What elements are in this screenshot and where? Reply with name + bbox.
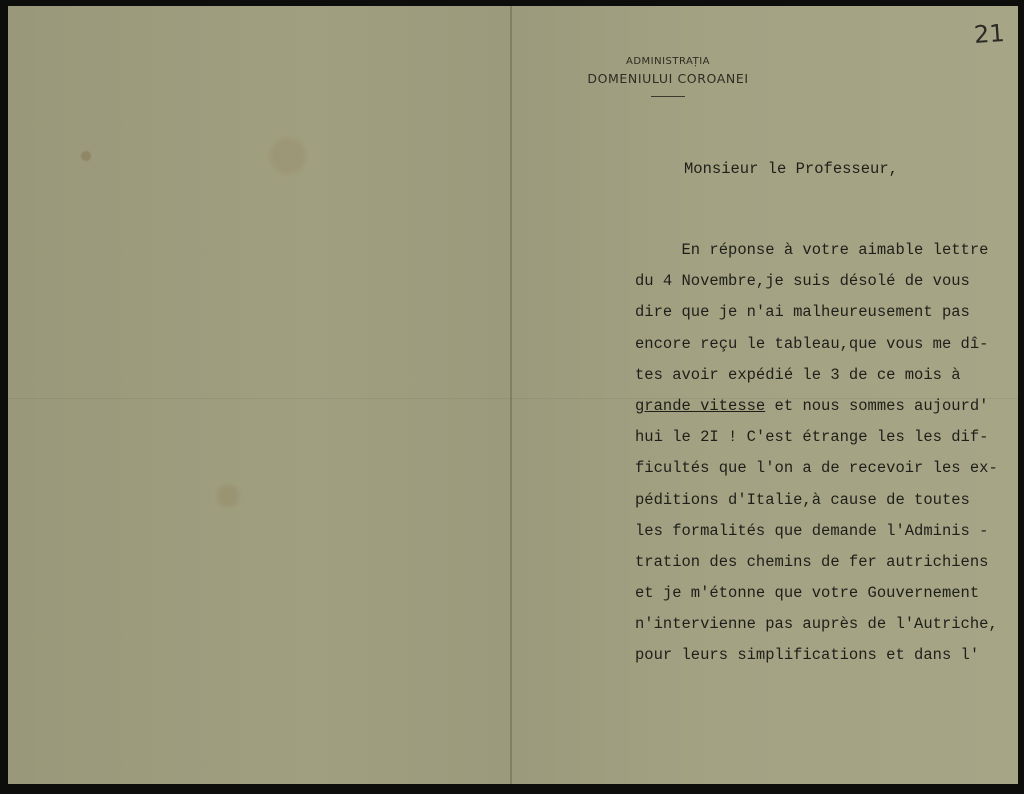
- body-line: grande vitesse et nous sommes aujourd': [635, 395, 1015, 426]
- body-line: et je m'étonne que votre Gouvernement: [635, 582, 1015, 613]
- body-line: tration des chemins de fer autrichiens: [635, 551, 1015, 582]
- letterhead-line-1: ADMINISTRAȚIA: [548, 56, 788, 67]
- body-line: dire que je n'ai malheureusement pas: [635, 301, 1015, 332]
- body-line-rest: et nous sommes aujourd': [765, 397, 988, 415]
- underlined-phrase: grande vitesse: [635, 397, 765, 415]
- body-line: ficultés que l'on a de recevoir les ex-: [635, 457, 1015, 488]
- body-line: En réponse à votre aimable lettre: [635, 239, 1015, 270]
- body-line: n'intervienne pas auprès de l'Autriche,: [635, 613, 1015, 644]
- body-line: péditions d'Italie,à cause de toutes: [635, 489, 1015, 520]
- center-fold: [510, 6, 512, 784]
- body-line: hui le 2I ! C'est étrange les les dif-: [635, 426, 1015, 457]
- salutation: Monsieur le Professeur,: [684, 160, 898, 178]
- letterhead: ADMINISTRAȚIA DOMENIULUI COROANEI: [548, 56, 788, 97]
- body-line: tes avoir expédié le 3 de ce mois à: [635, 364, 1015, 395]
- page-number: 21: [973, 19, 1005, 49]
- body-line: les formalités que demande l'Adminis -: [635, 520, 1015, 551]
- body-line: du 4 Novembre,je suis désolé de vous: [635, 270, 1015, 301]
- letter-body: En réponse à votre aimable lettre du 4 N…: [635, 239, 1015, 676]
- letterhead-line-2: DOMENIULUI COROANEI: [548, 71, 788, 86]
- body-line: pour leurs simplifications et dans l': [635, 644, 1015, 675]
- body-line: encore reçu le tableau,que vous me dî-: [635, 333, 1015, 364]
- letterhead-rule: [651, 96, 685, 97]
